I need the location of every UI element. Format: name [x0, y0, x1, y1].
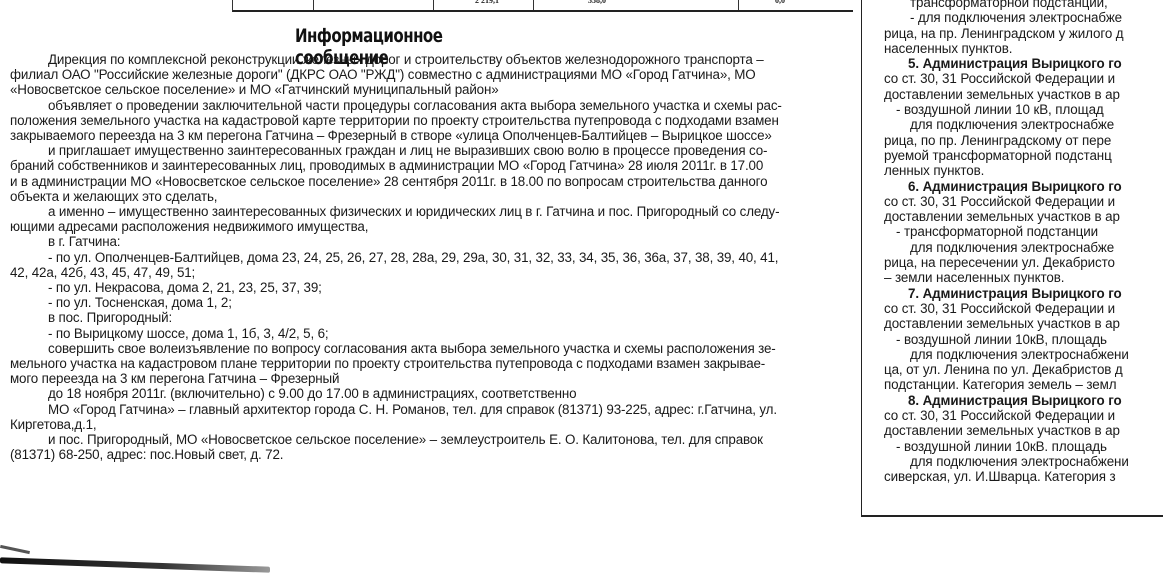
notice-line: МО «Город Гатчина» – главный архитектор …: [10, 402, 860, 417]
side-line: со ст. 30, 31 Российской Федерации и: [884, 194, 1129, 209]
side-line: для подключения электроснабже: [884, 117, 1129, 132]
notice-line: 42, 42а, 42б, 43, 45, 47, 49, 51;: [10, 265, 860, 280]
notice-line: филиал ОАО "Российские железные дороги" …: [10, 67, 860, 82]
side-line: руемой трансформаторной подстанц: [884, 148, 1129, 163]
notice-line: - по ул. Тосненская, дома 1, 2;: [10, 295, 860, 310]
section-heading: 6. Администрация Вырицкого го: [884, 179, 1129, 194]
section-heading: 8. Администрация Вырицкого го: [884, 393, 1129, 408]
notice-line: - по ул. Некрасова, дома 2, 21, 23, 25, …: [10, 280, 860, 295]
side-line: - для подключения электроснабже: [884, 10, 1129, 25]
notice-line: ющими адресами расположения недвижимого …: [10, 219, 860, 234]
notice-line: объявляет о проведении заключительной ча…: [10, 98, 860, 113]
table-cell: 0,0: [775, 0, 785, 5]
side-line: ленных пунктов.: [884, 163, 1129, 178]
side-line: рица, по пр. Ленинградскому от пере: [884, 133, 1129, 148]
notice-line: и пос. Пригородный, МО «Новосветское сел…: [10, 432, 860, 447]
side-line: доставлении земельных участков в ар: [884, 423, 1129, 438]
side-line: населенных пунктов.: [884, 41, 1129, 56]
table-divider: [738, 0, 739, 10]
table-divider: [533, 0, 534, 10]
notice-line: и в администрации МО «Новосветское сельс…: [10, 174, 860, 189]
side-line: для подключения электроснабже: [884, 240, 1129, 255]
notice-line: в пос. Пригородный:: [10, 310, 860, 325]
side-line: - воздушной линии 10кВ. площадь: [884, 439, 1129, 454]
table-cell: 2 219,1: [475, 0, 499, 5]
side-line: сиверская, ул. И.Шварца. Категория з: [884, 469, 1129, 484]
table-fragment-top: 2 219,1 358,0 0,0: [232, 0, 853, 12]
side-line: - воздушной линии 10 кВ, площад: [884, 102, 1129, 117]
side-line: со ст. 30, 31 Российской Федерации и: [884, 71, 1129, 86]
scan-artifact: [0, 557, 270, 572]
notice-line: Киргетова,д.1,: [10, 417, 860, 432]
notice-line: и приглашает имущественно заинтересованн…: [10, 143, 860, 158]
side-line: подстанции. Категория земель – земл: [884, 377, 1129, 392]
notice-line: до 18 ноября 2011г. (включительно) с 9.0…: [10, 386, 860, 401]
notice-line: - по ул. Ополченцев-Балтийцев, дома 23, …: [10, 250, 860, 265]
side-line: со ст. 30, 31 Российской Федерации и: [884, 301, 1129, 316]
notice-line: положения земельного участка на кадастро…: [10, 113, 860, 128]
notice-line: объекта и желающих это сделать,: [10, 189, 860, 204]
side-line: рица, на пересечении ул. Декабристо: [884, 255, 1129, 270]
side-line: доставлении земельных участков в ар: [884, 209, 1129, 224]
notice-line: мого переезда на 3 км перегона Гатчина –…: [10, 371, 860, 386]
side-line: трансформаторной подстанции,: [884, 0, 1129, 10]
notice-line: браний собственников и заинтересованных …: [10, 158, 860, 173]
side-line: - трансформаторной подстанции: [884, 224, 1129, 239]
table-divider: [433, 0, 434, 10]
notice-line: мельного участка на кадастровом плане те…: [10, 356, 860, 371]
side-line: для подключения электроснабжени: [884, 454, 1129, 469]
scan-artifact: [0, 545, 30, 554]
notice-line: а именно – имущественно заинтересованных…: [10, 204, 860, 219]
notice-line: закрываемого переезда на 3 км перегона Г…: [10, 128, 860, 143]
notice-line: совершить свое волеизъявление по вопросу…: [10, 341, 860, 356]
side-line: для подключения электроснабжени: [884, 347, 1129, 362]
table-cell: 358,0: [588, 0, 606, 5]
notice-line: в г. Гатчина:: [10, 234, 860, 249]
side-line: рица, на пр. Ленинградском у жилого д: [884, 26, 1129, 41]
section-heading: 5. Администрация Вырицкого го: [884, 56, 1129, 71]
notice-line: - по Вырицкому шоссе, дома 1, 1б, 3, 4/2…: [10, 326, 860, 341]
side-line: - воздушной линии 10кВ, площадь: [884, 332, 1129, 347]
side-column-body: трансформаторной подстанции,- для подклю…: [862, 0, 1129, 485]
notice-line: Дирекция по комплексной реконструкции же…: [10, 52, 860, 67]
side-line: доставлении земельных участков в ар: [884, 87, 1129, 102]
notice-body: Дирекция по комплексной реконструкции же…: [10, 52, 860, 462]
side-column: трансформаторной подстанции,- для подклю…: [861, 0, 1163, 517]
table-divider: [313, 0, 314, 10]
notice-line: «Новосветское сельское поселение» и МО «…: [10, 82, 860, 97]
side-line: доставлении земельных участков в ар: [884, 316, 1129, 331]
side-line: ца, от ул. Ленина по ул. Декабристов д: [884, 362, 1129, 377]
section-heading: 7. Администрация Вырицкого го: [884, 286, 1129, 301]
side-line: со ст. 30, 31 Российской Федерации и: [884, 408, 1129, 423]
notice-line: (81371) 68-250, адрес: пос.Новый свет, д…: [10, 447, 860, 462]
side-line: – земли населенных пунктов.: [884, 270, 1129, 285]
